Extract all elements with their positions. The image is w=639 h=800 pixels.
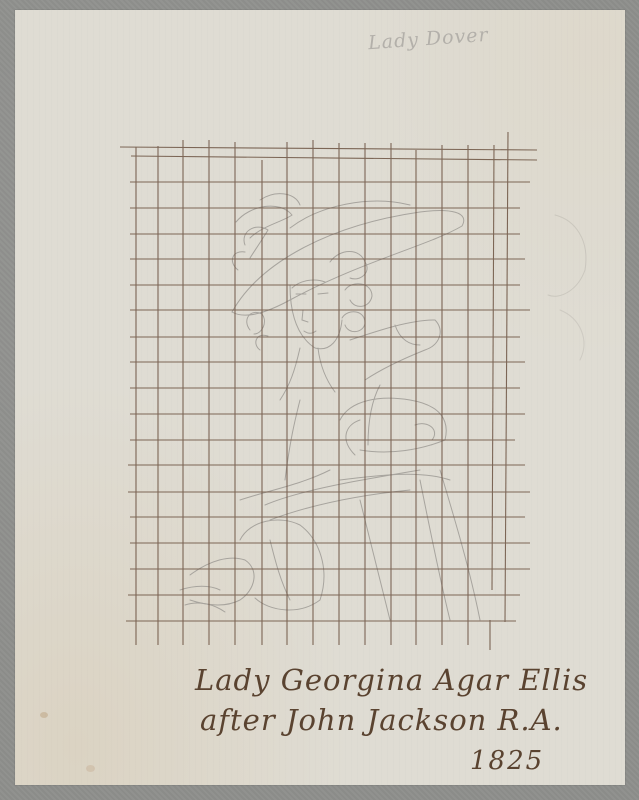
portrait-sketch (180, 194, 586, 620)
caption-title: Lady Georgina Agar Ellis (195, 663, 588, 697)
caption-year: 1825 (470, 746, 544, 776)
grid-lines (120, 132, 537, 650)
caption-attribution: after John Jackson R.A. (200, 703, 563, 737)
